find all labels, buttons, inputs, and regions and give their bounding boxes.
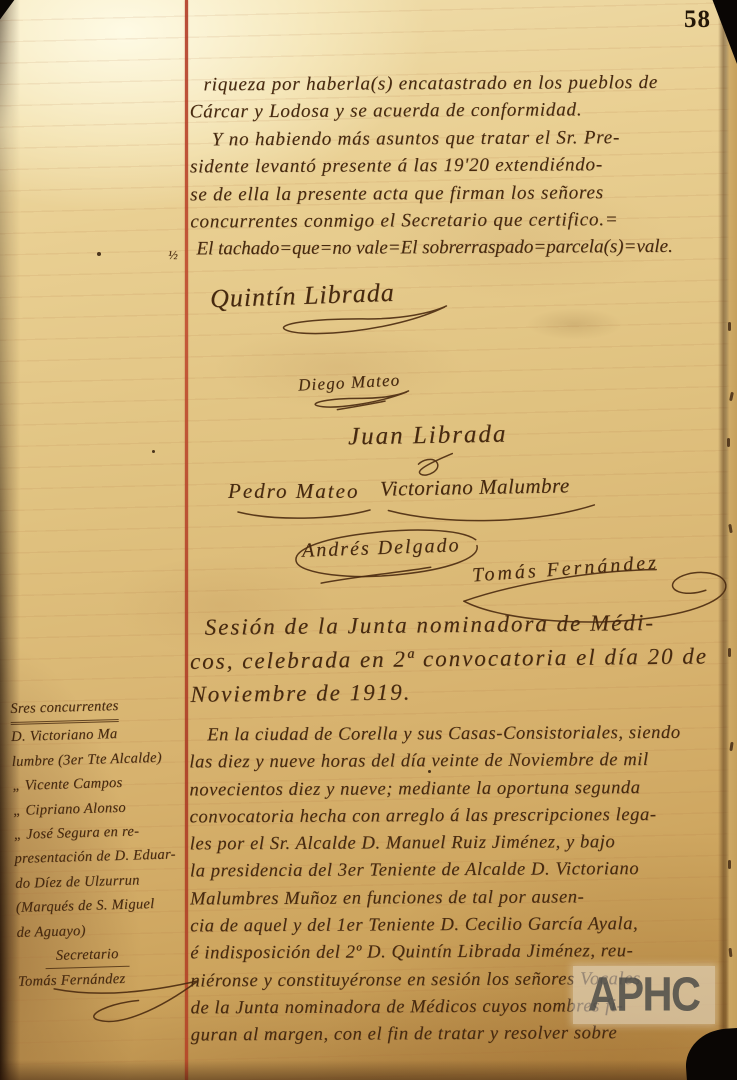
- closing-line: El tachado=que=no vale=El sobrerraspado=…: [190, 233, 737, 263]
- edge-ink-mark: [728, 648, 731, 657]
- binding-shadow: [0, 0, 20, 1080]
- margin-half-mark: ½: [168, 247, 178, 263]
- heading-line: Noviembre de 1919.: [190, 672, 737, 711]
- edge-ink-mark: [728, 322, 731, 331]
- signature-victoriano-malumbre: Victoriano Malumbre: [380, 473, 570, 501]
- signature-text: Diego Mateo: [298, 370, 401, 394]
- edge-ink-mark: [728, 860, 731, 869]
- archive-watermark: APHC: [573, 966, 715, 1024]
- signature-flourish: [48, 979, 209, 1035]
- closing-line: se de ella la presente acta que firman l…: [190, 178, 737, 208]
- body-line: la presidencia del 3er Teniente de Alcal…: [190, 856, 737, 886]
- manuscript-photo: 58 riqueza por haberla(s) encatastrado e…: [0, 0, 737, 1080]
- body-line: las diez y nueve horas del día veinte de…: [189, 747, 737, 777]
- signature-text: Juan Librada: [348, 421, 508, 451]
- ink-speck: [152, 450, 155, 453]
- bottom-edge-shadow: [0, 1060, 737, 1080]
- signature-text: Quintín Librada: [210, 278, 396, 313]
- signature-juan-librada: Juan Librada: [348, 421, 508, 452]
- ink-speck: [428, 770, 431, 773]
- page-number: 58: [684, 6, 711, 34]
- body-line: En la ciudad de Corella y sus Casas-Cons…: [189, 720, 737, 750]
- signature-pedro-mateo: Pedro Mateo: [228, 479, 359, 504]
- session-heading: Sesión de la Junta nominadora de Médi- c…: [189, 605, 737, 711]
- attendees-title: Sres concurrentes: [10, 694, 119, 725]
- secretary-signature: Tomás Fernández: [18, 966, 193, 995]
- secretary-label: Secretario: [45, 942, 130, 970]
- heading-line: cos, celebrada en 2ª convocatoria el día…: [190, 639, 737, 678]
- attendee-line: presentación de D. Eduar-: [14, 843, 189, 872]
- next-page-edge: [718, 0, 737, 1080]
- watermark-text: APHC: [588, 967, 699, 1022]
- body-line: Malumbres Muñoz en funciones de tal por …: [190, 883, 737, 913]
- body-line: guran al margen, con el fin de tratar y …: [191, 1020, 737, 1050]
- edge-ink-mark: [727, 438, 730, 447]
- closing-line: concurrentes conmigo el Secretario que c…: [190, 206, 737, 236]
- body-line: novecientos diez y nueve; mediante la op…: [189, 774, 737, 804]
- signature-text: Pedro Mateo: [228, 479, 359, 503]
- closing-paragraphs: riqueza por haberla(s) encatastrado en l…: [190, 69, 737, 264]
- body-line: cia de aquel y del 1er Teniente D. Cecil…: [190, 911, 737, 941]
- attendee-line: lumbre (3er Tte Alcalde): [11, 745, 186, 774]
- heading-line: Sesión de la Junta nominadora de Médi-: [189, 605, 737, 644]
- signature-text: Andrés Delgado: [302, 534, 461, 562]
- closing-line: Y no habiendo más asuntos que tratar el …: [190, 123, 737, 153]
- signature-text: Victoriano Malumbre: [380, 473, 570, 500]
- closing-line: Cárcar y Lodosa y se acuerda de conformi…: [190, 96, 737, 126]
- body-line: é indisposición del 2º D. Quintín Librad…: [190, 938, 737, 968]
- margin-attendees: Sres concurrentes D. Victoriano Ma lumbr…: [10, 692, 192, 995]
- body-line: les por el Sr. Alcalde D. Manuel Ruiz Ji…: [190, 829, 737, 859]
- ink-speck: [97, 252, 101, 256]
- closing-line: riqueza por haberla(s) encatastrado en l…: [190, 69, 737, 99]
- body-line: convocatoria hecha con arreglo á las pre…: [190, 801, 737, 831]
- closing-line: sidente levantó presente á las 19'20 ext…: [190, 151, 737, 181]
